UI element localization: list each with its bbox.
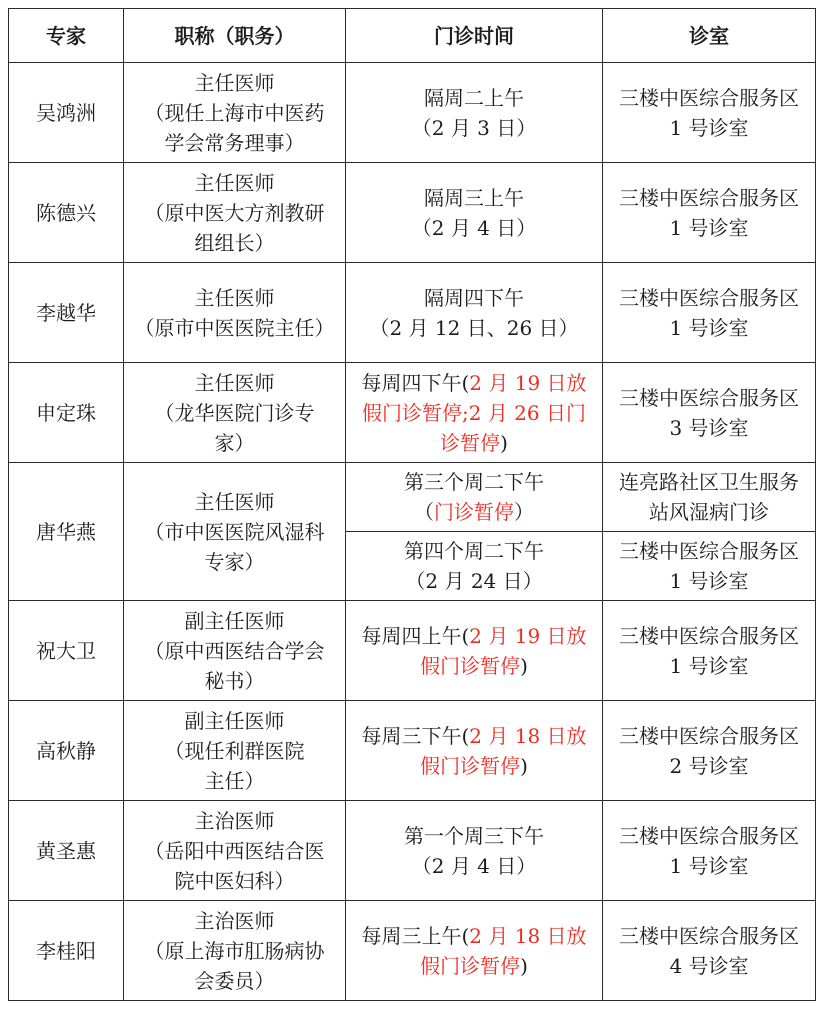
room-cell: 三楼中医综合服务区 4 号诊室 xyxy=(603,901,816,1001)
clinic-schedule-table: 专家职称（职务）门诊时间诊室 吴鸿洲主任医师 （现任上海市中医药 学会常务理事）… xyxy=(8,8,816,1001)
column-header-expert: 专家 xyxy=(9,9,124,63)
title-cell: 主治医师 （原上海市肛肠病协 会委员） xyxy=(124,901,346,1001)
table-row: 申定珠主任医师 （龙华医院门诊专 家）每周四下午(2 月 19 日放 假门诊暂停… xyxy=(9,363,816,463)
time-text: 第一个周三下午 （2 月 4 日） xyxy=(404,824,544,878)
room-cell: 三楼中医综合服务区 3 号诊室 xyxy=(603,363,816,463)
title-cell: 主任医师 （现任上海市中医药 学会常务理事） xyxy=(124,63,346,163)
title-cell: 主治医师 （岳阳中西医结合医 院中医妇科） xyxy=(124,801,346,901)
table-row: 高秋静副主任医师 （现任利群医院 主任）每周三下午(2 月 18 日放 假门诊暂… xyxy=(9,701,816,801)
room-cell: 三楼中医综合服务区 1 号诊室 xyxy=(603,63,816,163)
time-suspension-note: 门诊暂停 xyxy=(434,500,514,524)
time-text: 每周四上午( xyxy=(361,624,469,648)
expert-cell: 李桂阳 xyxy=(9,901,124,1001)
time-text: 每周三上午( xyxy=(361,924,469,948)
time-text: 第四个周二下午 （2 月 24 日） xyxy=(404,539,544,593)
time-text: 每周三下午( xyxy=(361,724,469,748)
time-cell: 每周四上午(2 月 19 日放 假门诊暂停) xyxy=(346,601,603,701)
time-cell: 隔周三上午 （2 月 4 日） xyxy=(346,163,603,263)
time-text: 隔周三上午 （2 月 4 日） xyxy=(412,186,537,240)
table-row: 李桂阳主治医师 （原上海市肛肠病协 会委员）每周三上午(2 月 18 日放 假门… xyxy=(9,901,816,1001)
schedule-body: 吴鸿洲主任医师 （现任上海市中医药 学会常务理事）隔周二上午 （2 月 3 日）… xyxy=(9,63,816,1001)
expert-cell: 黄圣惠 xyxy=(9,801,124,901)
table-row: 李越华主任医师 （原市中医医院主任）隔周四下午 （2 月 12 日、26 日）三… xyxy=(9,263,816,363)
time-text: ) xyxy=(520,654,528,678)
expert-cell: 祝大卫 xyxy=(9,601,124,701)
title-cell: 主任医师 （市中医医院风湿科 专家） xyxy=(124,463,346,601)
page: 专家职称（职务）门诊时间诊室 吴鸿洲主任医师 （现任上海市中医药 学会常务理事）… xyxy=(0,0,827,1026)
expert-cell: 高秋静 xyxy=(9,701,124,801)
time-text: ) xyxy=(520,754,528,778)
time-cell: 每周四下午(2 月 19 日放 假门诊暂停;2 月 26 日门 诊暂停) xyxy=(346,363,603,463)
table-row: 吴鸿洲主任医师 （现任上海市中医药 学会常务理事）隔周二上午 （2 月 3 日）… xyxy=(9,63,816,163)
column-header-title: 职称（职务） xyxy=(124,9,346,63)
time-cell: 隔周四下午 （2 月 12 日、26 日） xyxy=(346,263,603,363)
room-cell: 三楼中医综合服务区 1 号诊室 xyxy=(603,532,816,601)
time-text: 每周四下午( xyxy=(361,371,469,395)
room-cell: 三楼中医综合服务区 1 号诊室 xyxy=(603,601,816,701)
table-row: 陈德兴主任医师 （原中医大方剂教研 组组长）隔周三上午 （2 月 4 日）三楼中… xyxy=(9,163,816,263)
expert-cell: 吴鸿洲 xyxy=(9,63,124,163)
time-cell: 每周三下午(2 月 18 日放 假门诊暂停) xyxy=(346,701,603,801)
column-header-room: 诊室 xyxy=(603,9,816,63)
room-cell: 三楼中医综合服务区 1 号诊室 xyxy=(603,163,816,263)
title-cell: 副主任医师 （原中西医结合学会 秘书） xyxy=(124,601,346,701)
time-text: ) xyxy=(500,431,508,455)
time-text: 隔周四下午 （2 月 12 日、26 日） xyxy=(369,286,578,340)
title-cell: 主任医师 （龙华医院门诊专 家） xyxy=(124,363,346,463)
expert-cell: 唐华燕 xyxy=(9,463,124,601)
time-cell: 第三个周二下午 （门诊暂停） xyxy=(346,463,603,532)
expert-cell: 申定珠 xyxy=(9,363,124,463)
time-cell: 第四个周二下午 （2 月 24 日） xyxy=(346,532,603,601)
time-cell: 隔周二上午 （2 月 3 日） xyxy=(346,63,603,163)
title-cell: 主任医师 （原中医大方剂教研 组组长） xyxy=(124,163,346,263)
room-cell: 三楼中医综合服务区 1 号诊室 xyxy=(603,263,816,363)
column-header-time: 门诊时间 xyxy=(346,9,603,63)
table-row: 黄圣惠主治医师 （岳阳中西医结合医 院中医妇科）第一个周三下午 （2 月 4 日… xyxy=(9,801,816,901)
room-cell: 三楼中医综合服务区 1 号诊室 xyxy=(603,801,816,901)
table-row: 祝大卫副主任医师 （原中西医结合学会 秘书）每周四上午(2 月 19 日放 假门… xyxy=(9,601,816,701)
time-text: ) xyxy=(520,954,528,978)
time-cell: 第一个周三下午 （2 月 4 日） xyxy=(346,801,603,901)
expert-cell: 陈德兴 xyxy=(9,163,124,263)
title-cell: 主任医师 （原市中医医院主任） xyxy=(124,263,346,363)
room-cell: 连亮路社区卫生服务 站风湿病门诊 xyxy=(603,463,816,532)
title-cell: 副主任医师 （现任利群医院 主任） xyxy=(124,701,346,801)
time-cell: 每周三上午(2 月 18 日放 假门诊暂停) xyxy=(346,901,603,1001)
room-cell: 三楼中医综合服务区 2 号诊室 xyxy=(603,701,816,801)
header-row: 专家职称（职务）门诊时间诊室 xyxy=(9,9,816,63)
time-text: 隔周二上午 （2 月 3 日） xyxy=(412,86,537,140)
table-sub-row: 唐华燕主任医师 （市中医医院风湿科 专家）第三个周二下午 （门诊暂停）连亮路社区… xyxy=(9,463,816,532)
expert-cell: 李越华 xyxy=(9,263,124,363)
time-text: ） xyxy=(514,500,534,524)
